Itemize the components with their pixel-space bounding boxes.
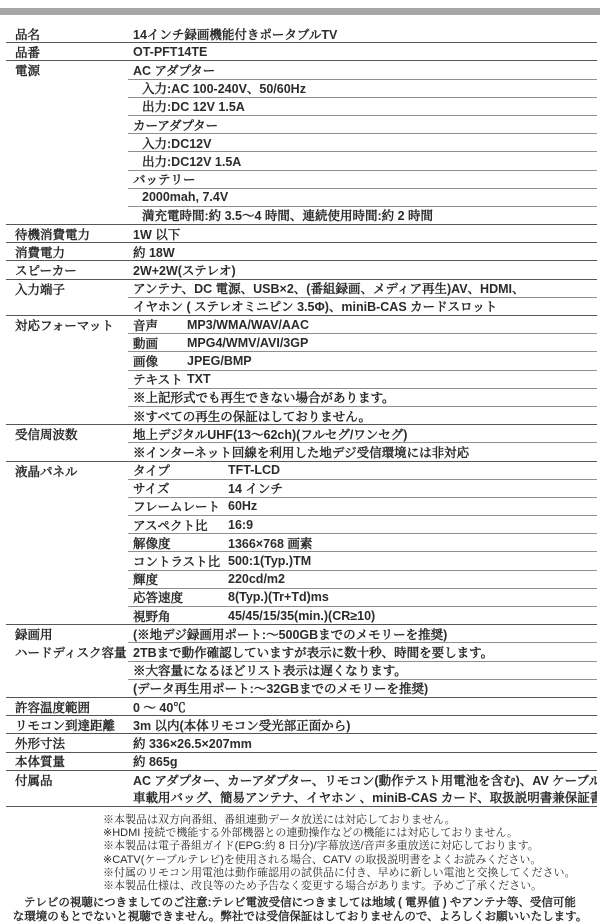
spec-row: イヤホン ( ステレオミニピン 3.5Φ)、miniB-CAS カードスロット <box>6 298 597 316</box>
spec-text: MPG4/WMV/AVI/3GP <box>187 336 308 350</box>
spec-row: 入力:DC12V <box>6 134 597 152</box>
spec-text: 車載用バッグ、簡易アンテナ、イヤホン 、miniB-CAS カード、取扱説明書兼… <box>133 789 597 806</box>
spec-value: 出力:DC12V 1.5A <box>128 152 597 170</box>
top-divider-bar <box>0 8 600 15</box>
spec-value: 動画MPG4/WMV/AVI/3GP <box>128 334 597 352</box>
spec-row: 満充電時間:約 3.5〜4 時間、連続使用時間:約 2 時間 <box>6 207 597 225</box>
spec-text: 満充電時間:約 3.5〜4 時間、連続使用時間:約 2 時間 <box>142 207 433 224</box>
spec-label <box>6 298 128 315</box>
spec-label <box>6 80 128 98</box>
spec-text: 16:9 <box>228 518 253 532</box>
spec-row: 入力:AC 100-240V、50/60Hz <box>6 80 597 98</box>
spec-text: AC アダプター <box>133 61 215 79</box>
spec-label <box>6 207 128 224</box>
spec-sublabel: フレームレート <box>133 498 228 516</box>
spec-value: 音声MP3/WMA/WAV/AAC <box>128 316 597 334</box>
spec-value: 2W+2W(ステレオ) <box>128 261 597 278</box>
spec-label <box>6 407 128 424</box>
spec-text: ※すべての再生の保証はしておりません。 <box>133 407 371 424</box>
spec-sublabel: 動画 <box>133 334 187 352</box>
footnote-line: ※HDMI 接続で機能する外部機器との連動操作などの機能には対応しておりません。 <box>103 827 576 840</box>
spec-value: (※地デジ録画用ポート:〜500GBまでのメモリーを推奨) <box>128 625 597 643</box>
spec-sublabel: 視野角 <box>133 607 228 624</box>
spec-text: アンテナ、DC 電源、USB×2、(番組録画、メディア再生)AV、HDMI、 <box>133 280 525 298</box>
spec-row: 消費電力 約 18W <box>6 243 597 261</box>
spec-value: AC アダプター <box>128 61 597 79</box>
spec-value: ※上記形式でも再生できない場合があります。 <box>128 389 597 407</box>
spec-text: 2000mah, 7.4V <box>142 190 228 204</box>
spec-label <box>6 334 128 352</box>
spec-row: 待機消費電力 1W 以下 <box>6 225 597 243</box>
spec-value: 約 865g <box>128 753 597 770</box>
spec-row: 輝度220cd/m2 <box>6 571 597 589</box>
spec-row: スピーカー 2W+2W(ステレオ) <box>6 261 597 279</box>
spec-text: 約 336×26.5×207mm <box>133 734 252 751</box>
spec-label: 録画用 <box>6 625 128 643</box>
footnotes: ※本製品は双方向番組、番組連動データ放送には対応しておりません。※HDMI 接続… <box>103 814 576 893</box>
spec-row: 品名 14インチ録画機能付きポータブルTV <box>6 25 597 43</box>
spec-row: 2000mah, 7.4V <box>6 189 597 207</box>
spec-sublabel: タイプ <box>133 462 228 480</box>
spec-value: ※すべての再生の保証はしておりません。 <box>128 407 597 424</box>
spec-row: 本体質量 約 865g <box>6 753 597 771</box>
spec-label <box>6 98 128 116</box>
spec-value: 入力:AC 100-240V、50/60Hz <box>128 80 597 98</box>
spec-row: アスペクト比16:9 <box>6 516 597 534</box>
spec-text: 220cd/m2 <box>228 572 285 586</box>
spec-text: 0 〜 40℃ <box>133 698 186 715</box>
spec-text: 2TBまで動作確認していますが表示に数十秒、時間を要します。 <box>133 643 493 661</box>
notice-line: な環境のもとでないと視聴できません。弊社では受信保証はしておりませんので、よろし… <box>0 910 600 924</box>
spec-label <box>6 498 128 516</box>
spec-label: 液晶パネル <box>6 462 128 480</box>
spec-label <box>6 552 128 570</box>
spec-label: 付属品 <box>6 771 128 789</box>
spec-row: 電源 AC アダプター <box>6 61 597 79</box>
spec-value: バッテリー <box>128 171 597 189</box>
spec-value: カーアダプター <box>128 116 597 134</box>
spec-value: 画像JPEG/BMP <box>128 352 597 370</box>
spec-text: 約 18W <box>133 243 175 260</box>
spec-row: リモコン到達距離 3m 以内(本体リモコン受光部正面から) <box>6 716 597 734</box>
spec-text: 14インチ録画機能付きポータブルTV <box>133 25 337 42</box>
spec-value: 入力:DC12V <box>128 134 597 152</box>
footnote-line: ※本製品仕様は、改良等のため予告なく変更する場合があります。予めご了承ください。 <box>103 880 576 893</box>
spec-row: サイズ14 インチ <box>6 480 597 498</box>
spec-label <box>6 516 128 534</box>
spec-value: 3m 以内(本体リモコン受光部正面から) <box>128 716 597 733</box>
footnote-line: ※CATV(ケーブルテレビ)を使用される場合、CATV の取扱説明書をよくお読み… <box>103 854 576 867</box>
spec-value: 満充電時間:約 3.5〜4 時間、連続使用時間:約 2 時間 <box>128 207 597 224</box>
spec-text: 1W 以下 <box>133 225 180 242</box>
spec-row: 動画MPG4/WMV/AVI/3GP <box>6 334 597 352</box>
spec-row: 許容温度範囲 0 〜 40℃ <box>6 698 597 716</box>
spec-label <box>6 480 128 498</box>
spec-sublabel: 音声 <box>133 316 187 334</box>
spec-label: 待機消費電力 <box>6 225 128 242</box>
spec-value: 地上デジタルUHF(13〜62ch)(フルセグ/ワンセグ) <box>128 425 597 443</box>
spec-label <box>6 589 128 607</box>
spec-text: ※大容量になるほどリスト表示は遅くなります。 <box>133 662 407 680</box>
spec-row: バッテリー <box>6 171 597 189</box>
spec-value: サイズ14 インチ <box>128 480 597 498</box>
spec-label: 外形寸法 <box>6 734 128 751</box>
spec-label: 許容温度範囲 <box>6 698 128 715</box>
spec-value: AC アダプター、カーアダプター、リモコン(動作テスト用電池を含む)、AV ケー… <box>128 771 597 789</box>
spec-value: アンテナ、DC 電源、USB×2、(番組録画、メディア再生)AV、HDMI、 <box>128 280 597 298</box>
spec-label: スピーカー <box>6 261 128 278</box>
spec-label <box>6 116 128 134</box>
spec-label: 受信周波数 <box>6 425 128 443</box>
spec-label <box>6 371 128 389</box>
spec-text: 1366×768 画素 <box>228 534 312 552</box>
spec-row: 視野角45/45/15/35(min.)(CR≥10) <box>6 607 597 625</box>
tv-reception-notice: テレビの視聴につきましてのご注意:テレビ電波受信につきましては地域 ( 電界値 … <box>0 896 600 924</box>
spec-value: イヤホン ( ステレオミニピン 3.5Φ)、miniB-CAS カードスロット <box>128 298 597 315</box>
spec-value: 約 18W <box>128 243 597 260</box>
spec-sublabel: 輝度 <box>133 571 228 589</box>
spec-text: MP3/WMA/WAV/AAC <box>187 318 309 332</box>
spec-row: 対応フォーマット 音声MP3/WMA/WAV/AAC <box>6 316 597 334</box>
spec-text: 出力:DC12V 1.5A <box>142 152 241 170</box>
spec-value: アスペクト比16:9 <box>128 516 597 534</box>
spec-value: タイプTFT-LCD <box>128 462 597 480</box>
spec-label <box>6 680 128 697</box>
spec-label <box>6 662 128 680</box>
spec-label: ハードディスク容量 <box>6 643 128 661</box>
spec-text: TXT <box>187 372 211 386</box>
spec-label <box>6 571 128 589</box>
spec-label <box>6 789 128 806</box>
spec-row: 外形寸法 約 336×26.5×207mm <box>6 734 597 752</box>
spec-row: テキストTXT <box>6 371 597 389</box>
spec-value: 輝度220cd/m2 <box>128 571 597 589</box>
spec-row: 付属品 AC アダプター、カーアダプター、リモコン(動作テスト用電池を含む)、A… <box>6 771 597 789</box>
spec-text: カーアダプター <box>133 116 218 134</box>
spec-label <box>6 534 128 552</box>
spec-label: 本体質量 <box>6 753 128 770</box>
spec-row: 解像度1366×768 画素 <box>6 534 597 552</box>
spec-text: ※インターネット回線を利用した地デジ受信環境には非対応 <box>133 443 469 460</box>
spec-text: 45/45/15/35(min.)(CR≥10) <box>228 609 375 623</box>
spec-row: フレームレート60Hz <box>6 498 597 516</box>
spec-text: 500:1(Typ.)TM <box>228 554 311 568</box>
spec-label <box>6 443 128 460</box>
spec-value: 解像度1366×768 画素 <box>128 534 597 552</box>
spec-row: 画像JPEG/BMP <box>6 352 597 370</box>
spec-value: OT-PFT14TE <box>128 43 597 60</box>
spec-text: 60Hz <box>228 499 257 513</box>
spec-row: 出力:DC12V 1.5A <box>6 152 597 170</box>
spec-value: 視野角45/45/15/35(min.)(CR≥10) <box>128 607 597 624</box>
spec-text: JPEG/BMP <box>187 354 252 368</box>
spec-row: ※大容量になるほどリスト表示は遅くなります。 <box>6 662 597 680</box>
spec-value: 出力:DC 12V 1.5A <box>128 98 597 116</box>
spec-label: 対応フォーマット <box>6 316 128 334</box>
spec-row: 出力:DC 12V 1.5A <box>6 98 597 116</box>
spec-text: 8(Typ.)(Tr+Td)ms <box>228 590 329 604</box>
spec-value: 2TBまで動作確認していますが表示に数十秒、時間を要します。 <box>128 643 597 661</box>
spec-text: イヤホン ( ステレオミニピン 3.5Φ)、miniB-CAS カードスロット <box>133 298 497 315</box>
spec-label: 消費電力 <box>6 243 128 260</box>
spec-value: 応答速度8(Typ.)(Tr+Td)ms <box>128 589 597 607</box>
spec-label <box>6 189 128 207</box>
spec-label <box>6 171 128 189</box>
spec-text: ※上記形式でも再生できない場合があります。 <box>133 389 395 407</box>
spec-sublabel: サイズ <box>133 480 228 498</box>
spec-text: 3m 以内(本体リモコン受光部正面から) <box>133 716 350 733</box>
spec-text: (※地デジ録画用ポート:〜500GBまでのメモリーを推奨) <box>133 625 447 643</box>
spec-value: ※インターネット回線を利用した地デジ受信環境には非対応 <box>128 443 597 460</box>
spec-row: ※上記形式でも再生できない場合があります。 <box>6 389 597 407</box>
spec-value: 2000mah, 7.4V <box>128 189 597 207</box>
spec-row: ハードディスク容量 2TBまで動作確認していますが表示に数十秒、時間を要します。 <box>6 643 597 661</box>
spec-value: 車載用バッグ、簡易アンテナ、イヤホン 、miniB-CAS カード、取扱説明書兼… <box>128 789 597 806</box>
spec-text: 出力:DC 12V 1.5A <box>142 98 245 116</box>
spec-row: ※すべての再生の保証はしておりません。 <box>6 407 597 425</box>
spec-table: 品名 14インチ録画機能付きポータブルTV 品番 OT-PFT14TE 電源 A… <box>6 25 597 807</box>
spec-value: 1W 以下 <box>128 225 597 242</box>
spec-value: 約 336×26.5×207mm <box>128 734 597 751</box>
spec-text: AC アダプター、カーアダプター、リモコン(動作テスト用電池を含む)、AV ケー… <box>133 771 597 789</box>
spec-label <box>6 352 128 370</box>
spec-text: 約 865g <box>133 753 177 770</box>
spec-label: 品名 <box>6 25 128 42</box>
spec-label <box>6 607 128 624</box>
footnote-line: ※付属のリモコン用電池は動作確認用の試供品に付き、早めに新しい電池と交換してくだ… <box>103 867 576 880</box>
spec-value: ※大容量になるほどリスト表示は遅くなります。 <box>128 662 597 680</box>
spec-label: 品番 <box>6 43 128 60</box>
spec-label: 電源 <box>6 61 128 79</box>
spec-sublabel: 解像度 <box>133 534 228 552</box>
spec-row: 入力端子 アンテナ、DC 電源、USB×2、(番組録画、メディア再生)AV、HD… <box>6 280 597 298</box>
spec-row: 液晶パネル タイプTFT-LCD <box>6 462 597 480</box>
spec-text: TFT-LCD <box>228 463 280 477</box>
notice-line: テレビの視聴につきましてのご注意:テレビ電波受信につきましては地域 ( 電界値 … <box>0 896 600 910</box>
spec-row: 品番 OT-PFT14TE <box>6 43 597 61</box>
spec-sublabel: コントラスト比 <box>133 552 228 570</box>
spec-value: (データ再生用ポート:〜32GBまでのメモリーを推奨) <box>128 680 597 697</box>
footnote-line: ※本製品は電子番組ガイド(EPG:約 8 日分)/字幕放送/音声多重放送に対応し… <box>103 840 576 853</box>
spec-sublabel: テキスト <box>133 371 187 389</box>
spec-row: 録画用 (※地デジ録画用ポート:〜500GBまでのメモリーを推奨) <box>6 625 597 643</box>
spec-text: 2W+2W(ステレオ) <box>133 261 236 278</box>
spec-text: (データ再生用ポート:〜32GBまでのメモリーを推奨) <box>133 680 428 697</box>
spec-sublabel: アスペクト比 <box>133 516 228 534</box>
spec-value: コントラスト比500:1(Typ.)TM <box>128 552 597 570</box>
footnote-line: ※本製品は双方向番組、番組連動データ放送には対応しておりません。 <box>103 814 576 827</box>
spec-label: 入力端子 <box>6 280 128 298</box>
spec-sublabel: 応答速度 <box>133 589 228 607</box>
spec-row: カーアダプター <box>6 116 597 134</box>
spec-text: バッテリー <box>133 171 196 189</box>
spec-value: フレームレート60Hz <box>128 498 597 516</box>
spec-label <box>6 389 128 407</box>
spec-text: OT-PFT14TE <box>133 45 207 59</box>
spec-label <box>6 152 128 170</box>
spec-value: 0 〜 40℃ <box>128 698 597 715</box>
spec-text: 地上デジタルUHF(13〜62ch)(フルセグ/ワンセグ) <box>133 425 407 443</box>
spec-label <box>6 134 128 152</box>
spec-row: 応答速度8(Typ.)(Tr+Td)ms <box>6 589 597 607</box>
spec-text: 14 インチ <box>228 480 283 498</box>
spec-value: 14インチ録画機能付きポータブルTV <box>128 25 597 42</box>
spec-row: コントラスト比500:1(Typ.)TM <box>6 552 597 570</box>
spec-value: テキストTXT <box>128 371 597 389</box>
spec-label: リモコン到達距離 <box>6 716 128 733</box>
spec-sublabel: 画像 <box>133 352 187 370</box>
spec-row: 受信周波数 地上デジタルUHF(13〜62ch)(フルセグ/ワンセグ) <box>6 425 597 443</box>
spec-row: 車載用バッグ、簡易アンテナ、イヤホン 、miniB-CAS カード、取扱説明書兼… <box>6 789 597 807</box>
spec-text: 入力:DC12V <box>142 134 211 152</box>
spec-text: 入力:AC 100-240V、50/60Hz <box>142 80 306 98</box>
spec-row: (データ再生用ポート:〜32GBまでのメモリーを推奨) <box>6 680 597 698</box>
spec-row: ※インターネット回線を利用した地デジ受信環境には非対応 <box>6 443 597 461</box>
